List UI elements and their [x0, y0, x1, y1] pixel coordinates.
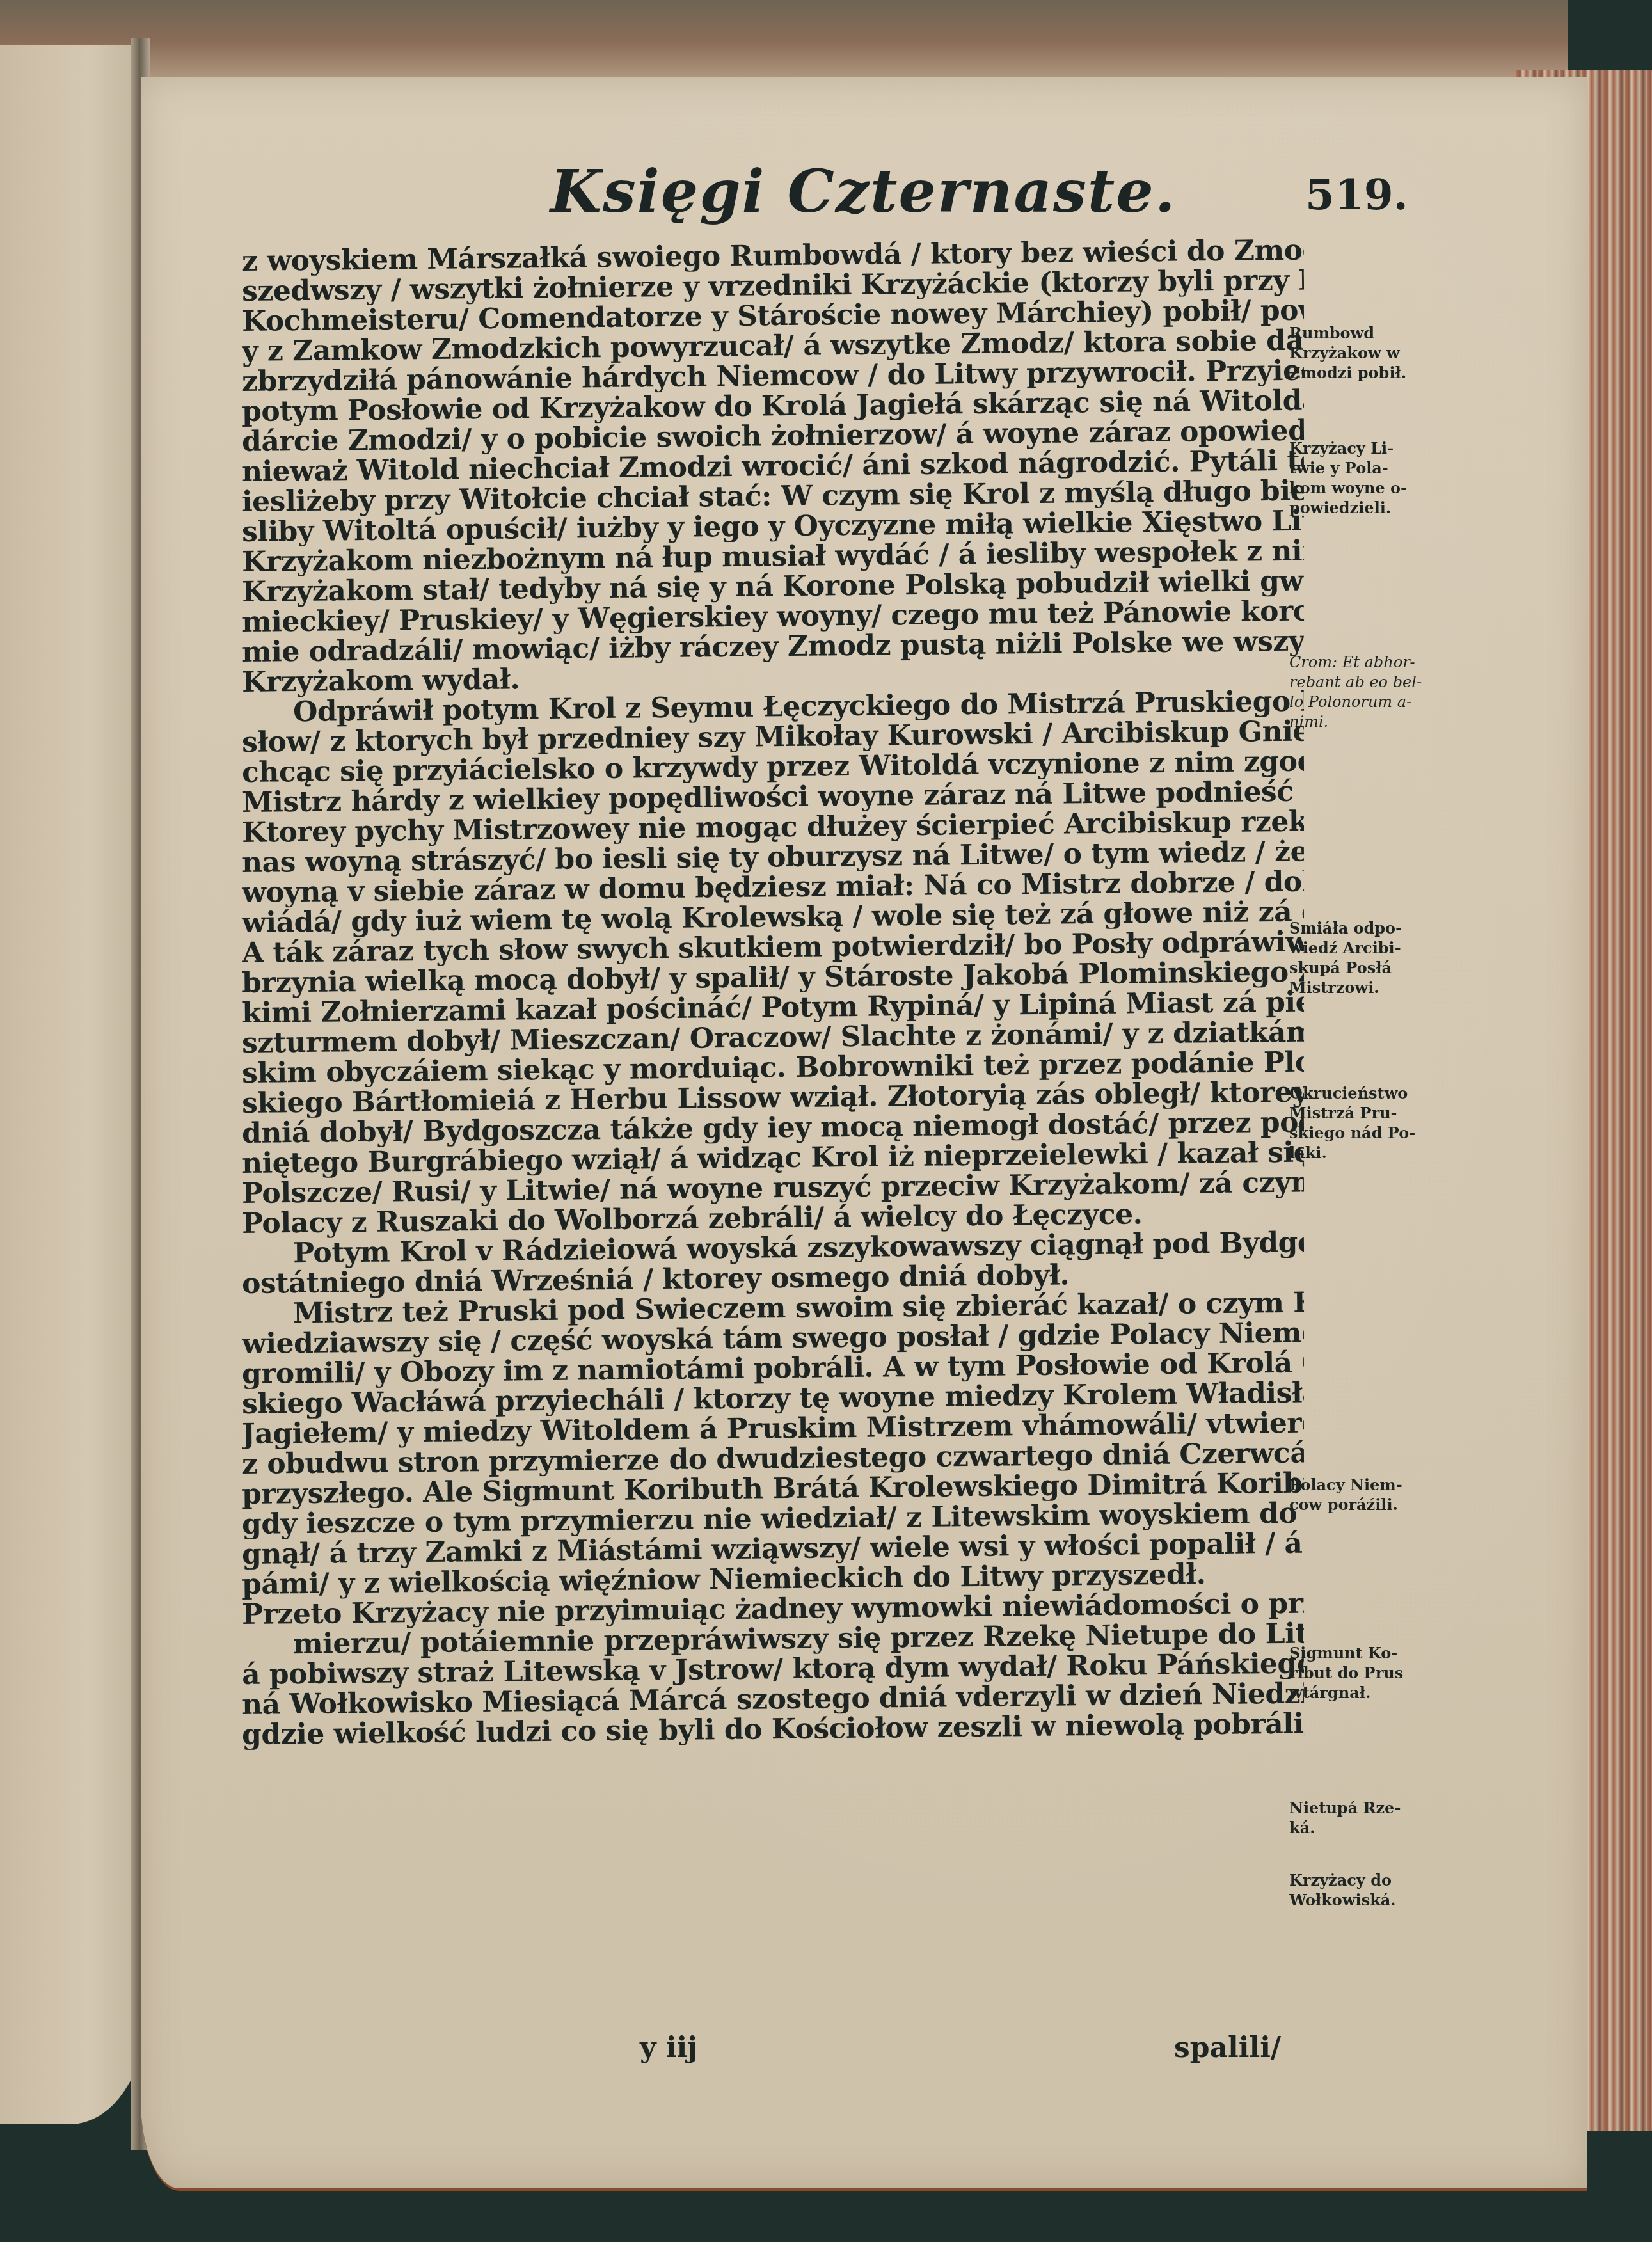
marginal-note: Smiáła odpo-wiedź Arcibi-skupá PosłáMist… — [1289, 918, 1402, 998]
marginal-note-line: cow poráźili. — [1289, 1495, 1402, 1515]
marginal-note-line: Nietupá Rze- — [1289, 1798, 1401, 1818]
marginal-note-line: Wołkowiská. — [1289, 1890, 1396, 1910]
marginal-note-line: Mistrzowi. — [1289, 978, 1402, 998]
marginal-note: Sigmunt Ko-ribut do Pruswtárgnał. — [1289, 1643, 1403, 1703]
signature-mark: y iij — [640, 2031, 697, 2064]
marginal-note-line: nimi. — [1289, 712, 1422, 732]
marginal-note-line: skupá Posłá — [1289, 958, 1402, 978]
left-page-edge — [0, 45, 147, 2124]
page-number: 519. — [1305, 170, 1408, 219]
marginal-note-line: Krzyżakow w — [1289, 343, 1406, 363]
marginal-note: Nietupá Rze-ká. — [1289, 1798, 1401, 1838]
marginal-note-line: Krzyżacy do — [1289, 1870, 1396, 1890]
marginal-note: Polacy Niem-cow poráźili. — [1289, 1475, 1402, 1515]
marginal-note: OkrucieństwoMistrzá Pru-skiego nád Po-la… — [1289, 1083, 1415, 1163]
marginal-note-line: Krzyżacy Li- — [1289, 438, 1407, 458]
marginal-note-line: ká. — [1289, 1818, 1401, 1838]
marginal-note: Crom: Et abhor-rebant ab eo bel-lo Polon… — [1289, 653, 1422, 732]
book-top-edge — [0, 0, 1568, 83]
marginal-note-line: kom woyne o- — [1289, 478, 1407, 498]
running-head: Księgi Czternaste. — [550, 157, 1177, 226]
marginal-note: Krzyżacy Li-twie y Pola-kom woyne o-powi… — [1289, 438, 1407, 518]
marginal-note-line: ribut do Prus — [1289, 1663, 1403, 1683]
marginal-note-line: Polacy Niem- — [1289, 1475, 1402, 1495]
marginal-note-line: Zmodzi pobił. — [1289, 363, 1406, 383]
marginal-note-line: Okrucieństwo — [1289, 1083, 1415, 1103]
marginal-note-line: rebant ab eo bel- — [1289, 672, 1422, 692]
marginal-note: Krzyżacy doWołkowiská. — [1289, 1870, 1396, 1910]
marginal-note: RumbowdKrzyżakow wZmodzi pobił. — [1289, 323, 1406, 383]
marginal-note-line: Mistrzá Pru- — [1289, 1103, 1415, 1123]
marginal-note-line: Crom: Et abhor- — [1289, 653, 1422, 672]
marginal-note-line: powiedzieli. — [1289, 498, 1407, 518]
marginal-note-line: wtárgnał. — [1289, 1683, 1403, 1703]
marginal-note-line: laki. — [1289, 1143, 1415, 1163]
body-text: z woyskiem Márszałká swoiego Rumbowdá / … — [242, 246, 1304, 1750]
marginal-note-line: skiego nád Po- — [1289, 1123, 1415, 1143]
catchword: spalili/ — [1174, 2031, 1281, 2064]
marginal-note-line: wiedź Arcibi- — [1289, 938, 1402, 958]
marginal-note-line: Rumbowd — [1289, 323, 1406, 343]
marginal-note-line: Smiáła odpo- — [1289, 918, 1402, 938]
marginal-note-line: Sigmunt Ko- — [1289, 1643, 1403, 1663]
marginal-note-line: lo Polonorum a- — [1289, 692, 1422, 712]
marginal-note-line: twie y Pola- — [1289, 458, 1407, 478]
